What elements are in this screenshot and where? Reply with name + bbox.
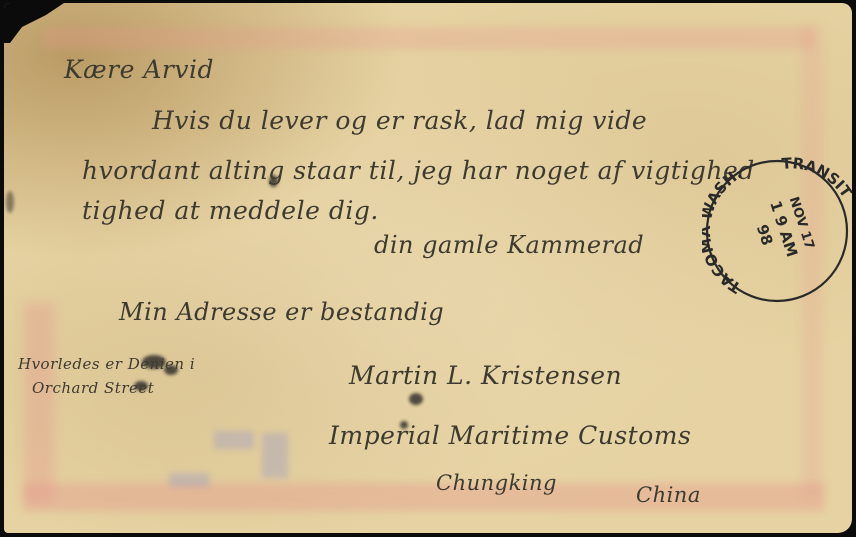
address-line: Imperial Maritime Customs: [329, 421, 691, 450]
postmark-icon: TACOMA WASH. TRANSIT NOV 17 1 9 AM 98: [702, 157, 852, 305]
postmark-city: TACOMA WASH.: [702, 164, 745, 297]
postmark: TACOMA WASH. TRANSIT NOV 17 1 9 AM 98: [702, 157, 852, 305]
ink-blot: [6, 191, 14, 213]
side-note: Orchard Street: [32, 379, 154, 397]
svg-text:TRANSIT: TRANSIT: [781, 157, 852, 201]
address-line: Chungking: [436, 471, 557, 495]
postmark-transit: TRANSIT: [781, 157, 852, 201]
blue-stain: [262, 433, 288, 478]
svg-text:TACOMA WASH.: TACOMA WASH.: [702, 164, 745, 297]
pink-border-left: [24, 303, 54, 503]
pink-border-bottom: [24, 483, 824, 511]
signature: Martin L. Kristensen: [349, 361, 622, 390]
address-intro: Min Adresse er bestandig: [119, 298, 444, 326]
address-line: China: [636, 483, 701, 507]
ink-blot: [409, 393, 423, 405]
body-line: hvordant alting staar til, jeg har noget…: [82, 156, 755, 185]
greeting: Kære Arvid: [64, 55, 214, 84]
blue-stain: [214, 431, 254, 449]
blue-stain: [169, 473, 209, 487]
closing: din gamle Kammerad: [374, 231, 644, 259]
body-line: Hvis du lever og er rask, lad mig vide: [152, 106, 647, 135]
body-line: tighed at meddele dig.: [82, 196, 379, 225]
postmark-year: 98: [753, 222, 777, 247]
pink-border-top: [44, 27, 814, 49]
side-note: Hvorledes er Denien i: [18, 355, 195, 373]
